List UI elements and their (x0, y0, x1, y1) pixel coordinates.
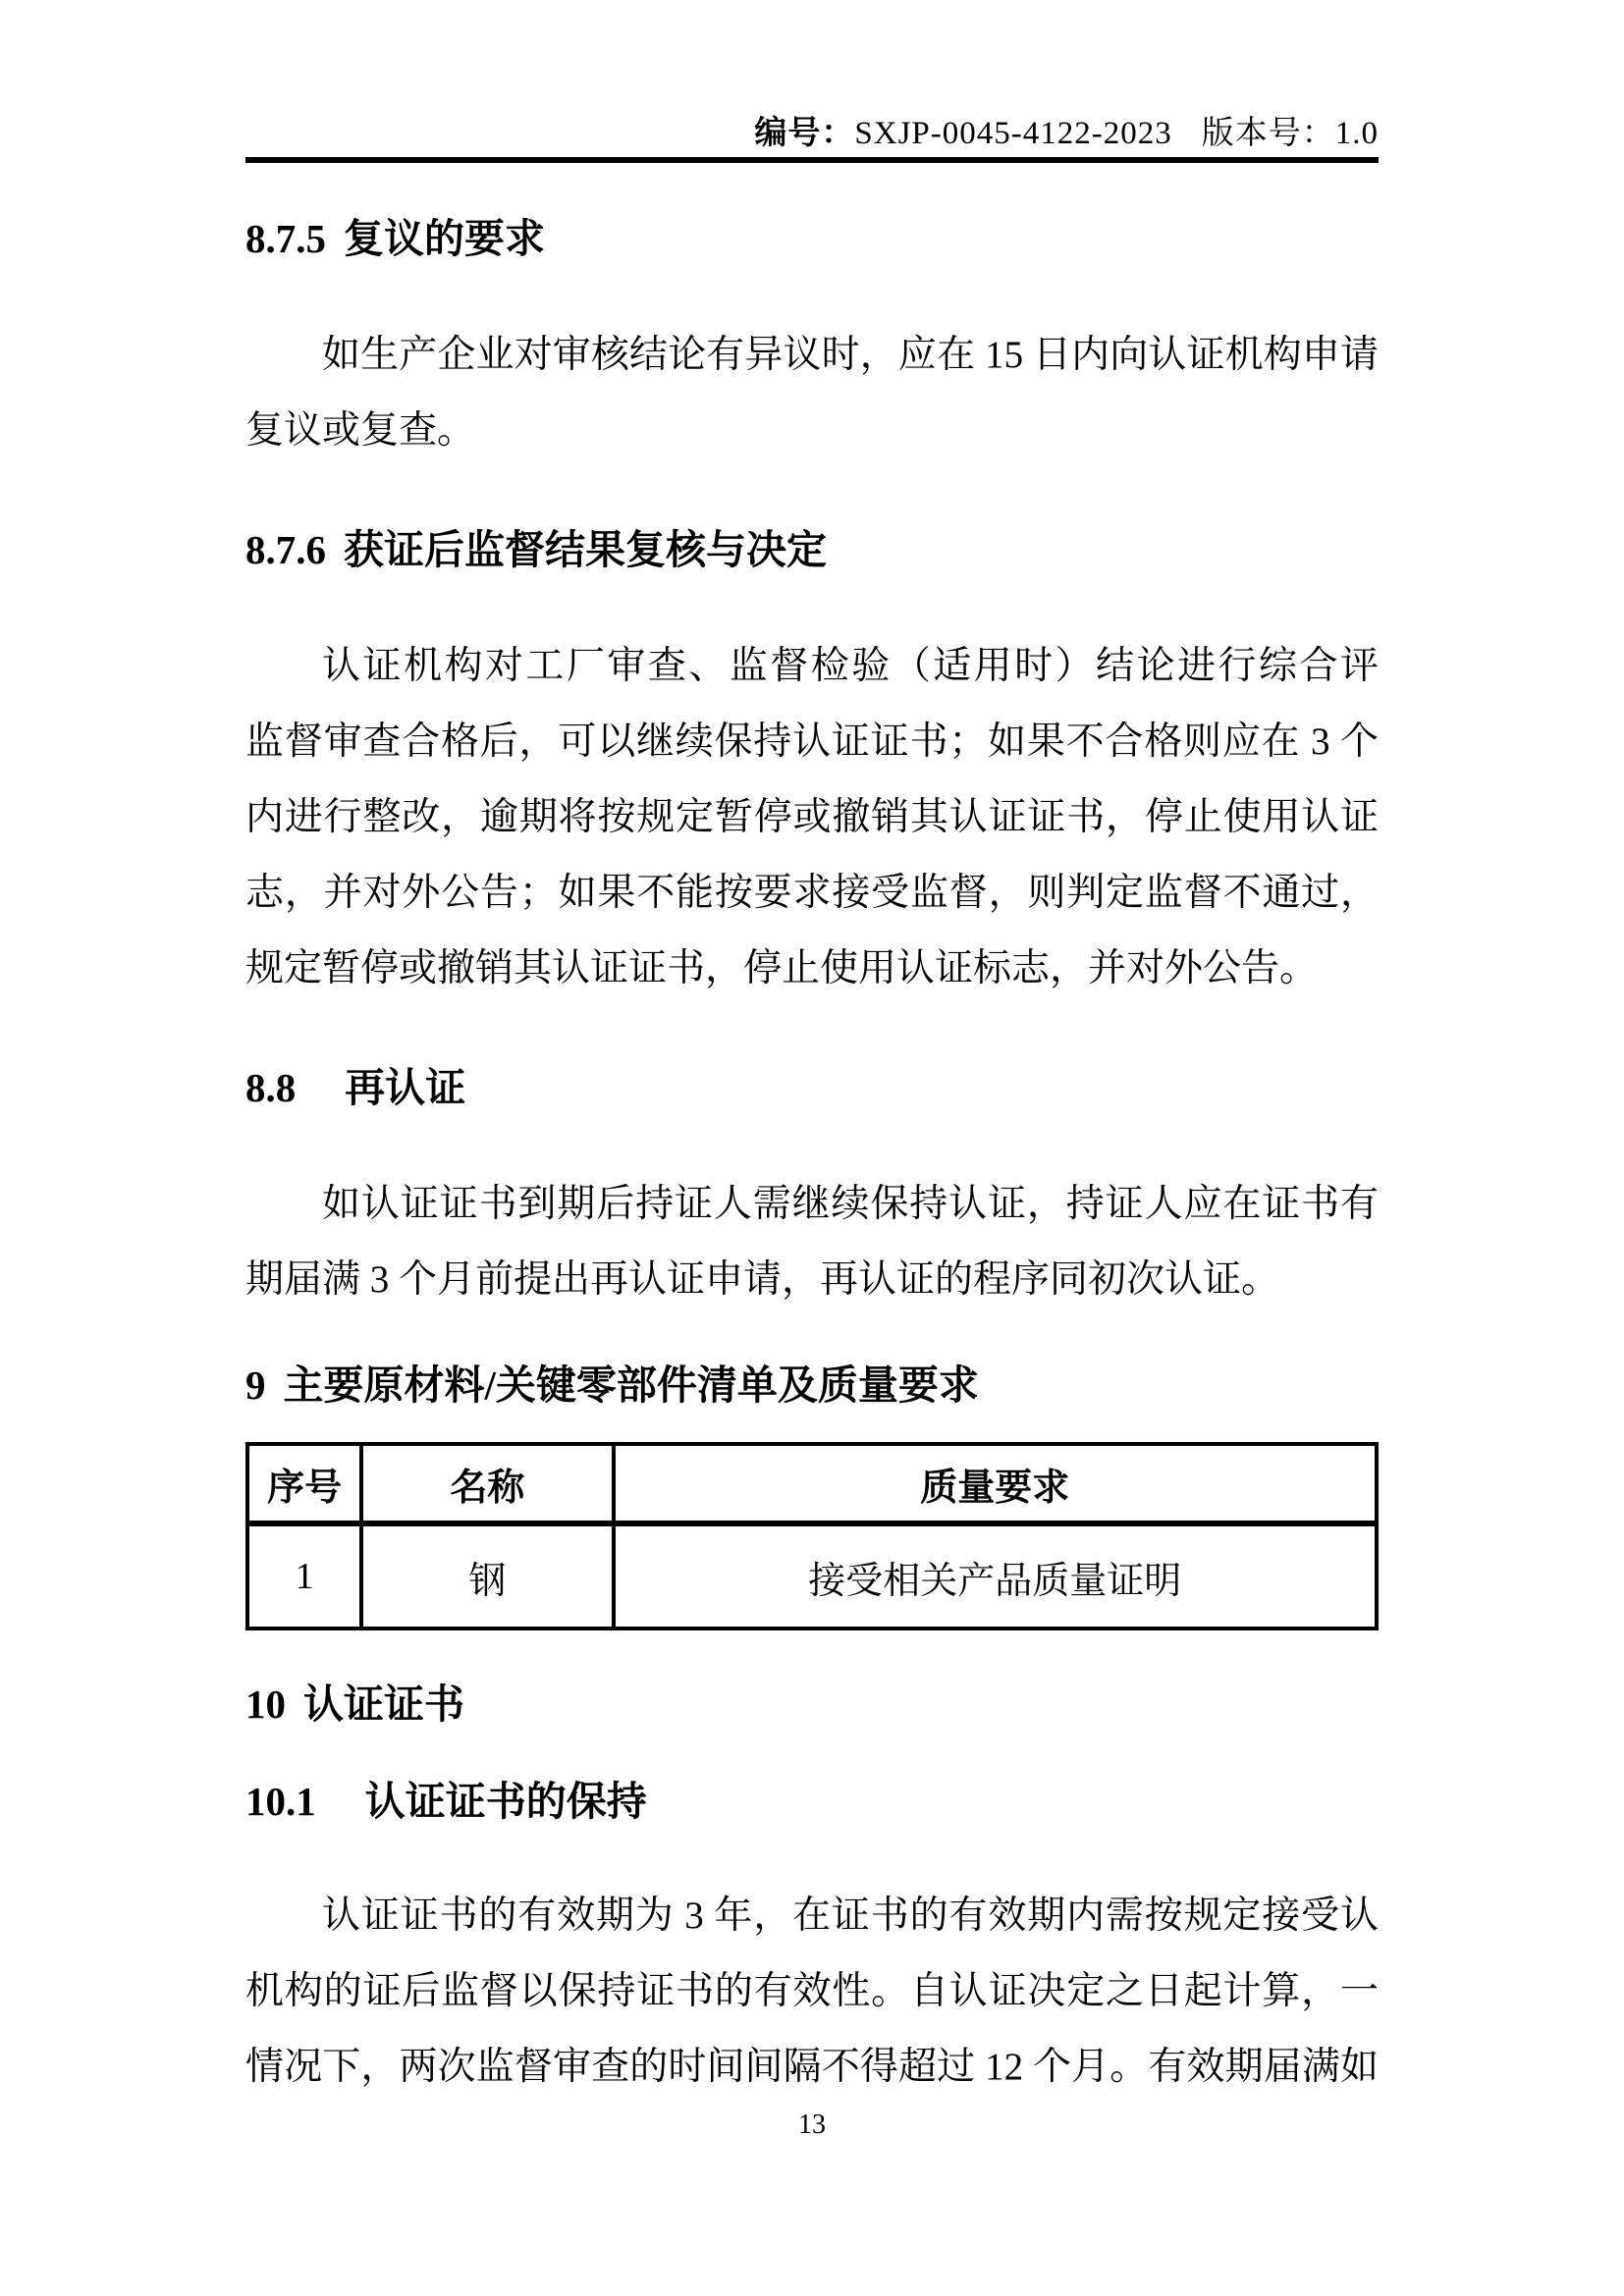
table-header-row: 序号 名称 质量要求 (247, 1444, 1377, 1523)
table-header-requirement: 质量要求 (614, 1444, 1377, 1523)
page-number: 13 (245, 2109, 1379, 2142)
version-label: 版本号： (1202, 116, 1335, 151)
section-heading-8-8: 8.8再认证 (245, 1065, 1379, 1111)
paragraph-line: 认证证书的有效期为 3 年，在证书的有效期内需按规定接受认证 (245, 1878, 1379, 1953)
table-header-index: 序号 (247, 1444, 361, 1523)
paragraph-line: 情况下，两次监督审查的时间间隔不得超过 12 个月。有效期届满如 (245, 2029, 1379, 2105)
section-number: 8.7.6 (245, 527, 326, 572)
paragraph-line: 机构的证后监督以保持证书的有效性。自认证决定之日起计算，一般 (245, 1953, 1379, 2029)
paragraph-8-8: 如认证证书到期后持证人需继续保持认证，持证人应在证书有效 期届满 3 个月前提出… (245, 1166, 1379, 1317)
section-number: 8.8 (245, 1065, 296, 1110)
table-header-name: 名称 (361, 1444, 613, 1523)
paragraph-line: 如生产企业对审核结论有异议时，应在 15 日内向认证机构申请 (245, 317, 1379, 393)
section-number: 9 (245, 1362, 266, 1408)
doc-number-value: SXJP-0045-4122-2023 (854, 116, 1171, 151)
document-page: 编号：SXJP-0045-4122-2023版本号：1.0 8.7.5复议的要求… (0, 0, 1624, 2296)
section-heading-8-7-5: 8.7.5复议的要求 (245, 216, 1379, 262)
section-number: 8.7.5 (245, 216, 326, 261)
paragraph-line: 监督审查合格后，可以继续保持认证证书；如果不合格则应在 3 个月 (245, 704, 1379, 779)
paragraph-line: 规定暂停或撤销其认证证书，停止使用认证标志，并对外公告。 (245, 931, 1379, 1006)
doc-number-label: 编号： (754, 116, 854, 151)
version-value: 1.0 (1335, 116, 1379, 151)
page-content: 编号：SXJP-0045-4122-2023版本号：1.0 8.7.5复议的要求… (245, 0, 1379, 2142)
paragraph-line: 认证机构对工厂审查、监督检验（适用时）结论进行综合评价， (245, 628, 1379, 704)
section-number: 10 (245, 1682, 286, 1727)
section-heading-10: 10认证证书 (245, 1682, 1379, 1728)
table-cell-requirement: 接受相关产品质量证明 (614, 1523, 1377, 1629)
table-cell-index: 1 (247, 1523, 361, 1629)
section-heading-10-1: 10.1认证证书的保持 (245, 1779, 1379, 1825)
paragraph-line: 志，并对外公告；如果不能按要求接受监督，则判定监督不通过，按 (245, 855, 1379, 931)
paragraph-10-1: 认证证书的有效期为 3 年，在证书的有效期内需按规定接受认证 机构的证后监督以保… (245, 1878, 1379, 2105)
section-title: 再认证 (345, 1065, 465, 1110)
table-cell-name: 钢 (361, 1523, 613, 1629)
paragraph-line: 如认证证书到期后持证人需继续保持认证，持证人应在证书有效 (245, 1166, 1379, 1242)
paragraph-line: 内进行整改，逾期将按规定暂停或撤销其认证证书，停止使用认证标 (245, 779, 1379, 855)
paragraph-line: 复议或复查。 (245, 393, 1379, 468)
section-heading-8-7-6: 8.7.6获证后监督结果复核与决定 (245, 527, 1379, 573)
section-title: 获证后监督结果复核与决定 (344, 527, 827, 572)
materials-table: 序号 名称 质量要求 1 钢 接受相关产品质量证明 (245, 1442, 1379, 1630)
paragraph-line: 期届满 3 个月前提出再认证申请，再认证的程序同初次认证。 (245, 1242, 1379, 1317)
section-title: 认证证书的保持 (365, 1779, 647, 1824)
section-title: 复议的要求 (344, 216, 545, 261)
paragraph-8-7-6: 认证机构对工厂审查、监督检验（适用时）结论进行综合评价， 监督审查合格后，可以继… (245, 628, 1379, 1006)
section-title: 认证证书 (303, 1682, 464, 1727)
section-title: 主要原材料/关键零部件清单及质量要求 (284, 1362, 979, 1408)
table-row: 1 钢 接受相关产品质量证明 (247, 1523, 1377, 1629)
section-number: 10.1 (245, 1779, 316, 1824)
paragraph-8-7-5: 如生产企业对审核结论有异议时，应在 15 日内向认证机构申请 复议或复查。 (245, 317, 1379, 468)
section-heading-9: 9主要原材料/关键零部件清单及质量要求 (245, 1362, 1379, 1409)
document-header: 编号：SXJP-0045-4122-2023版本号：1.0 (245, 0, 1379, 163)
